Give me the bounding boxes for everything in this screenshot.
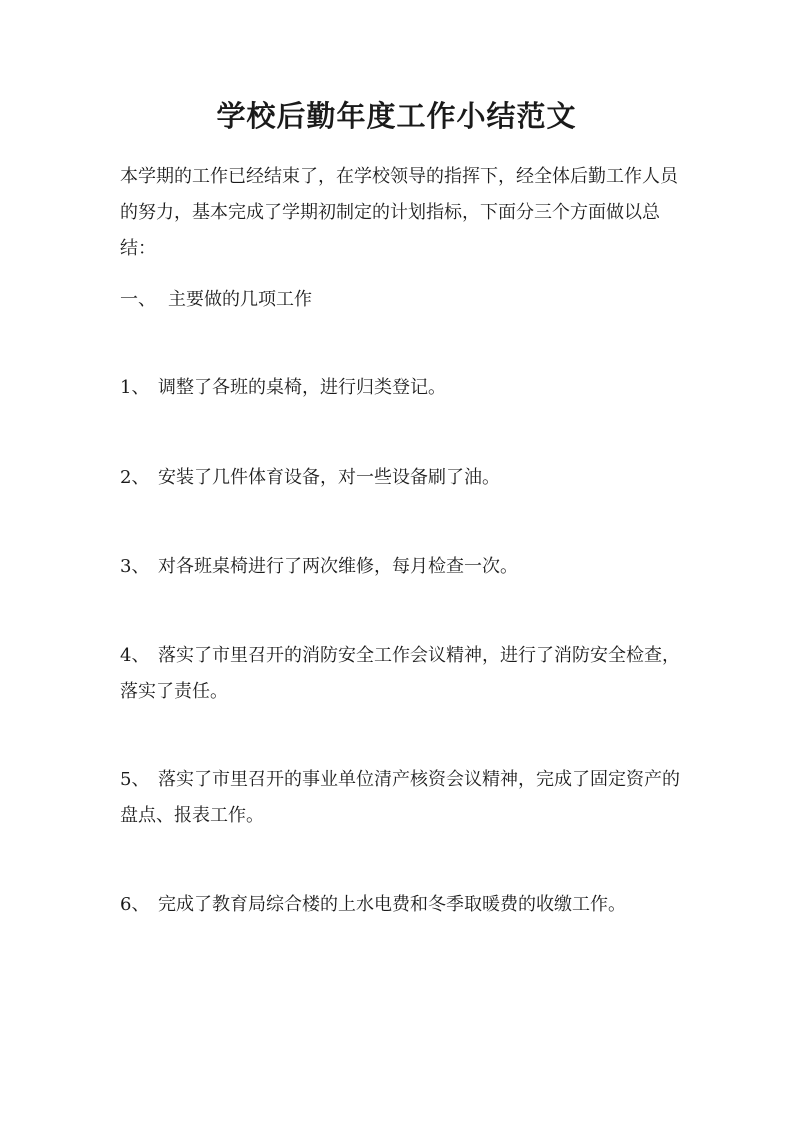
item-text: 完成了教育局综合楼的上水电费和冬季取暖费的收缴工作。 [158, 894, 626, 915]
item-text: 调整了各班的桌椅，进行归类登记。 [158, 377, 446, 398]
item-text: 对各班桌椅进行了两次维修，每月检查一次。 [158, 556, 518, 577]
section-number: 一、 [120, 282, 168, 318]
item-number: 2、 [120, 460, 158, 496]
item-text: 安装了几件体育设备，对一些设备刷了油。 [158, 467, 500, 488]
item-number: 4、 [120, 638, 158, 674]
list-item: 3、对各班桌椅进行了两次维修，每月检查一次。 [120, 549, 680, 585]
item-number: 3、 [120, 549, 158, 585]
item-number: 1、 [120, 370, 158, 406]
list-item: 1、调整了各班的桌椅，进行归类登记。 [120, 370, 680, 406]
item-text: 落实了市里召开的事业单位清产核资会议精神，完成了固定资产的盘点、报表工作。 [120, 769, 680, 826]
list-item: 2、安装了几件体育设备，对一些设备刷了油。 [120, 460, 680, 496]
list-item: 6、完成了教育局综合楼的上水电费和冬季取暖费的收缴工作。 [120, 887, 680, 923]
list-item: 4、落实了市里召开的消防安全工作会议精神，进行了消防安全检查，落实了责任。 [120, 638, 680, 710]
section-heading: 一、主要做的几项工作 [120, 282, 680, 318]
item-number: 6、 [120, 887, 158, 923]
intro-paragraph: 本学期的工作已经结束了，在学校领导的指挥下，经全体后勤工作人员的努力，基本完成了… [120, 159, 680, 267]
item-number: 5、 [120, 762, 158, 798]
item-text: 落实了市里召开的消防安全工作会议精神，进行了消防安全检查，落实了责任。 [120, 645, 680, 702]
list-item: 5、落实了市里召开的事业单位清产核资会议精神，完成了固定资产的盘点、报表工作。 [120, 762, 680, 834]
document-title: 学校后勤年度工作小结范文 [0, 96, 793, 136]
section-heading-text: 主要做的几项工作 [168, 289, 312, 310]
